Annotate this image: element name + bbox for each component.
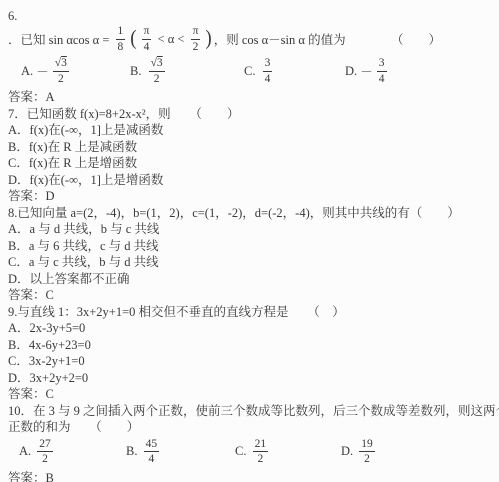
right-paren: ) [205,27,211,52]
question-10-stem-line1: 10．在 3 与 9 之间插入两个正数，使前三个数成等比数列，后三个数成等差数列… [8,402,499,419]
fraction-value: 19 2 [359,438,375,465]
option-c: C．f(x)在 R 上是增函数 [8,154,499,171]
answer-brackets: （ ） [391,30,441,48]
option-c: C. 3 4 [244,57,345,84]
fraction-pi-half: π 2 [191,25,201,52]
question-9-stem: 9.与直线 1：3x+2y+1=0 相交但不垂直的直线方程是 （ ） [8,303,499,320]
option-label: B. [126,444,137,459]
answer-line-q7: 答案：D [8,187,499,204]
answer-line-q8: 答案：C [8,286,499,303]
option-b: B．f(x)在 R 上是减函数 [8,138,499,155]
option-b: B. √3 2 [130,57,244,84]
question-7-stem: 7．已知函数 f(x)=8+2x-x²，则 （ ） [8,105,499,122]
stem-text-3: ，则 cos α－sin α 的值为 [214,30,346,48]
option-label: A. [19,444,31,459]
option-d: D．以上答案都不正确 [8,270,499,287]
left-paren: ( [130,27,136,52]
fraction-value: 3 4 [263,57,273,84]
answer-line-q10: 答案：B [8,469,499,482]
option-b: B．4x-6y+23=0 [8,336,499,353]
question-10-options: A. 27 2 B. 45 4 C. 21 2 [8,435,499,469]
option-d: D．3x+2y+2=0 [8,369,499,386]
fraction-pi-fourth: π 4 [142,25,152,52]
question-6: 6. ．已知 sin αcos α = 1 8 ( π 4 < α < π 2 … [8,8,499,105]
fraction-value: 45 4 [144,438,160,465]
question-10: 10．在 3 与 9 之间插入两个正数，使前三个数成等比数列，后三个数成等差数列… [8,402,499,482]
fraction-value: √3 2 [53,57,69,84]
question-7: 7．已知函数 f(x)=8+2x-x²，则 （ ） A．f(x)在(-∞，1]上… [8,105,499,204]
question-9: 9.与直线 1：3x+2y+1=0 相交但不垂直的直线方程是 （ ） A．2x-… [8,303,499,402]
fraction-value: √3 2 [149,57,165,84]
option-label: D. [345,64,357,79]
option-a: A．2x-3y+5=0 [8,319,499,336]
option-a: A．f(x)在(-∞，1]上是减函数 [8,121,499,138]
option-label: C. [244,64,255,79]
fraction-one-eighth: 1 8 [116,25,126,52]
fraction-value: 27 2 [37,438,53,465]
stem-text-1: ．已知 sin αcos α = [8,30,113,48]
minus-sign: － [360,62,373,80]
fraction-value: 3 4 [377,57,387,84]
exam-page: 6. ．已知 sin αcos α = 1 8 ( π 4 < α < π 2 … [0,0,499,482]
question-6-number: 6. [8,8,499,24]
question-8-stem: 8.已知向量 a=(2，-4)，b=(1，2)，c=(1，-2)，d=(-2，-… [8,204,499,221]
question-6-options: A. － √3 2 B. √3 2 C. 3 [8,54,499,88]
minus-sign: － [36,62,49,80]
option-label: A. [21,64,33,79]
question-number-text: 6. [8,9,17,24]
option-label: D. [341,444,353,459]
answer-line-q9: 答案：C [8,385,499,402]
question-10-stem-line2: 正数的和为 （ ） [8,418,499,435]
option-c: C．3x-2y+1=0 [8,352,499,369]
option-d: D．f(x)在(-∞，1]上是增函数 [8,171,499,188]
option-d: D. － 3 4 [345,57,499,84]
option-b: B. 45 4 [126,438,235,465]
stem-text-2: < α < [154,32,187,47]
option-a: A. － √3 2 [21,57,130,84]
option-label: C. [235,444,246,459]
question-6-stem: ．已知 sin αcos α = 1 8 ( π 4 < α < π 2 ) ，… [8,24,499,54]
option-d: D. 19 2 [341,438,499,465]
option-c: C. 21 2 [235,438,341,465]
option-a: A. 27 2 [19,438,126,465]
option-c: C．a 与 c 共线，b 与 d 共线 [8,253,499,270]
question-8: 8.已知向量 a=(2，-4)，b=(1，2)，c=(1，-2)，d=(-2，-… [8,204,499,303]
option-a: A．a 与 d 共线，b 与 c 共线 [8,220,499,237]
answer-line-q6: 答案：A [8,88,499,105]
fraction-value: 21 2 [253,438,269,465]
option-b: B．a 与 6 共线，c 与 d 共线 [8,237,499,254]
option-label: B. [130,64,141,79]
